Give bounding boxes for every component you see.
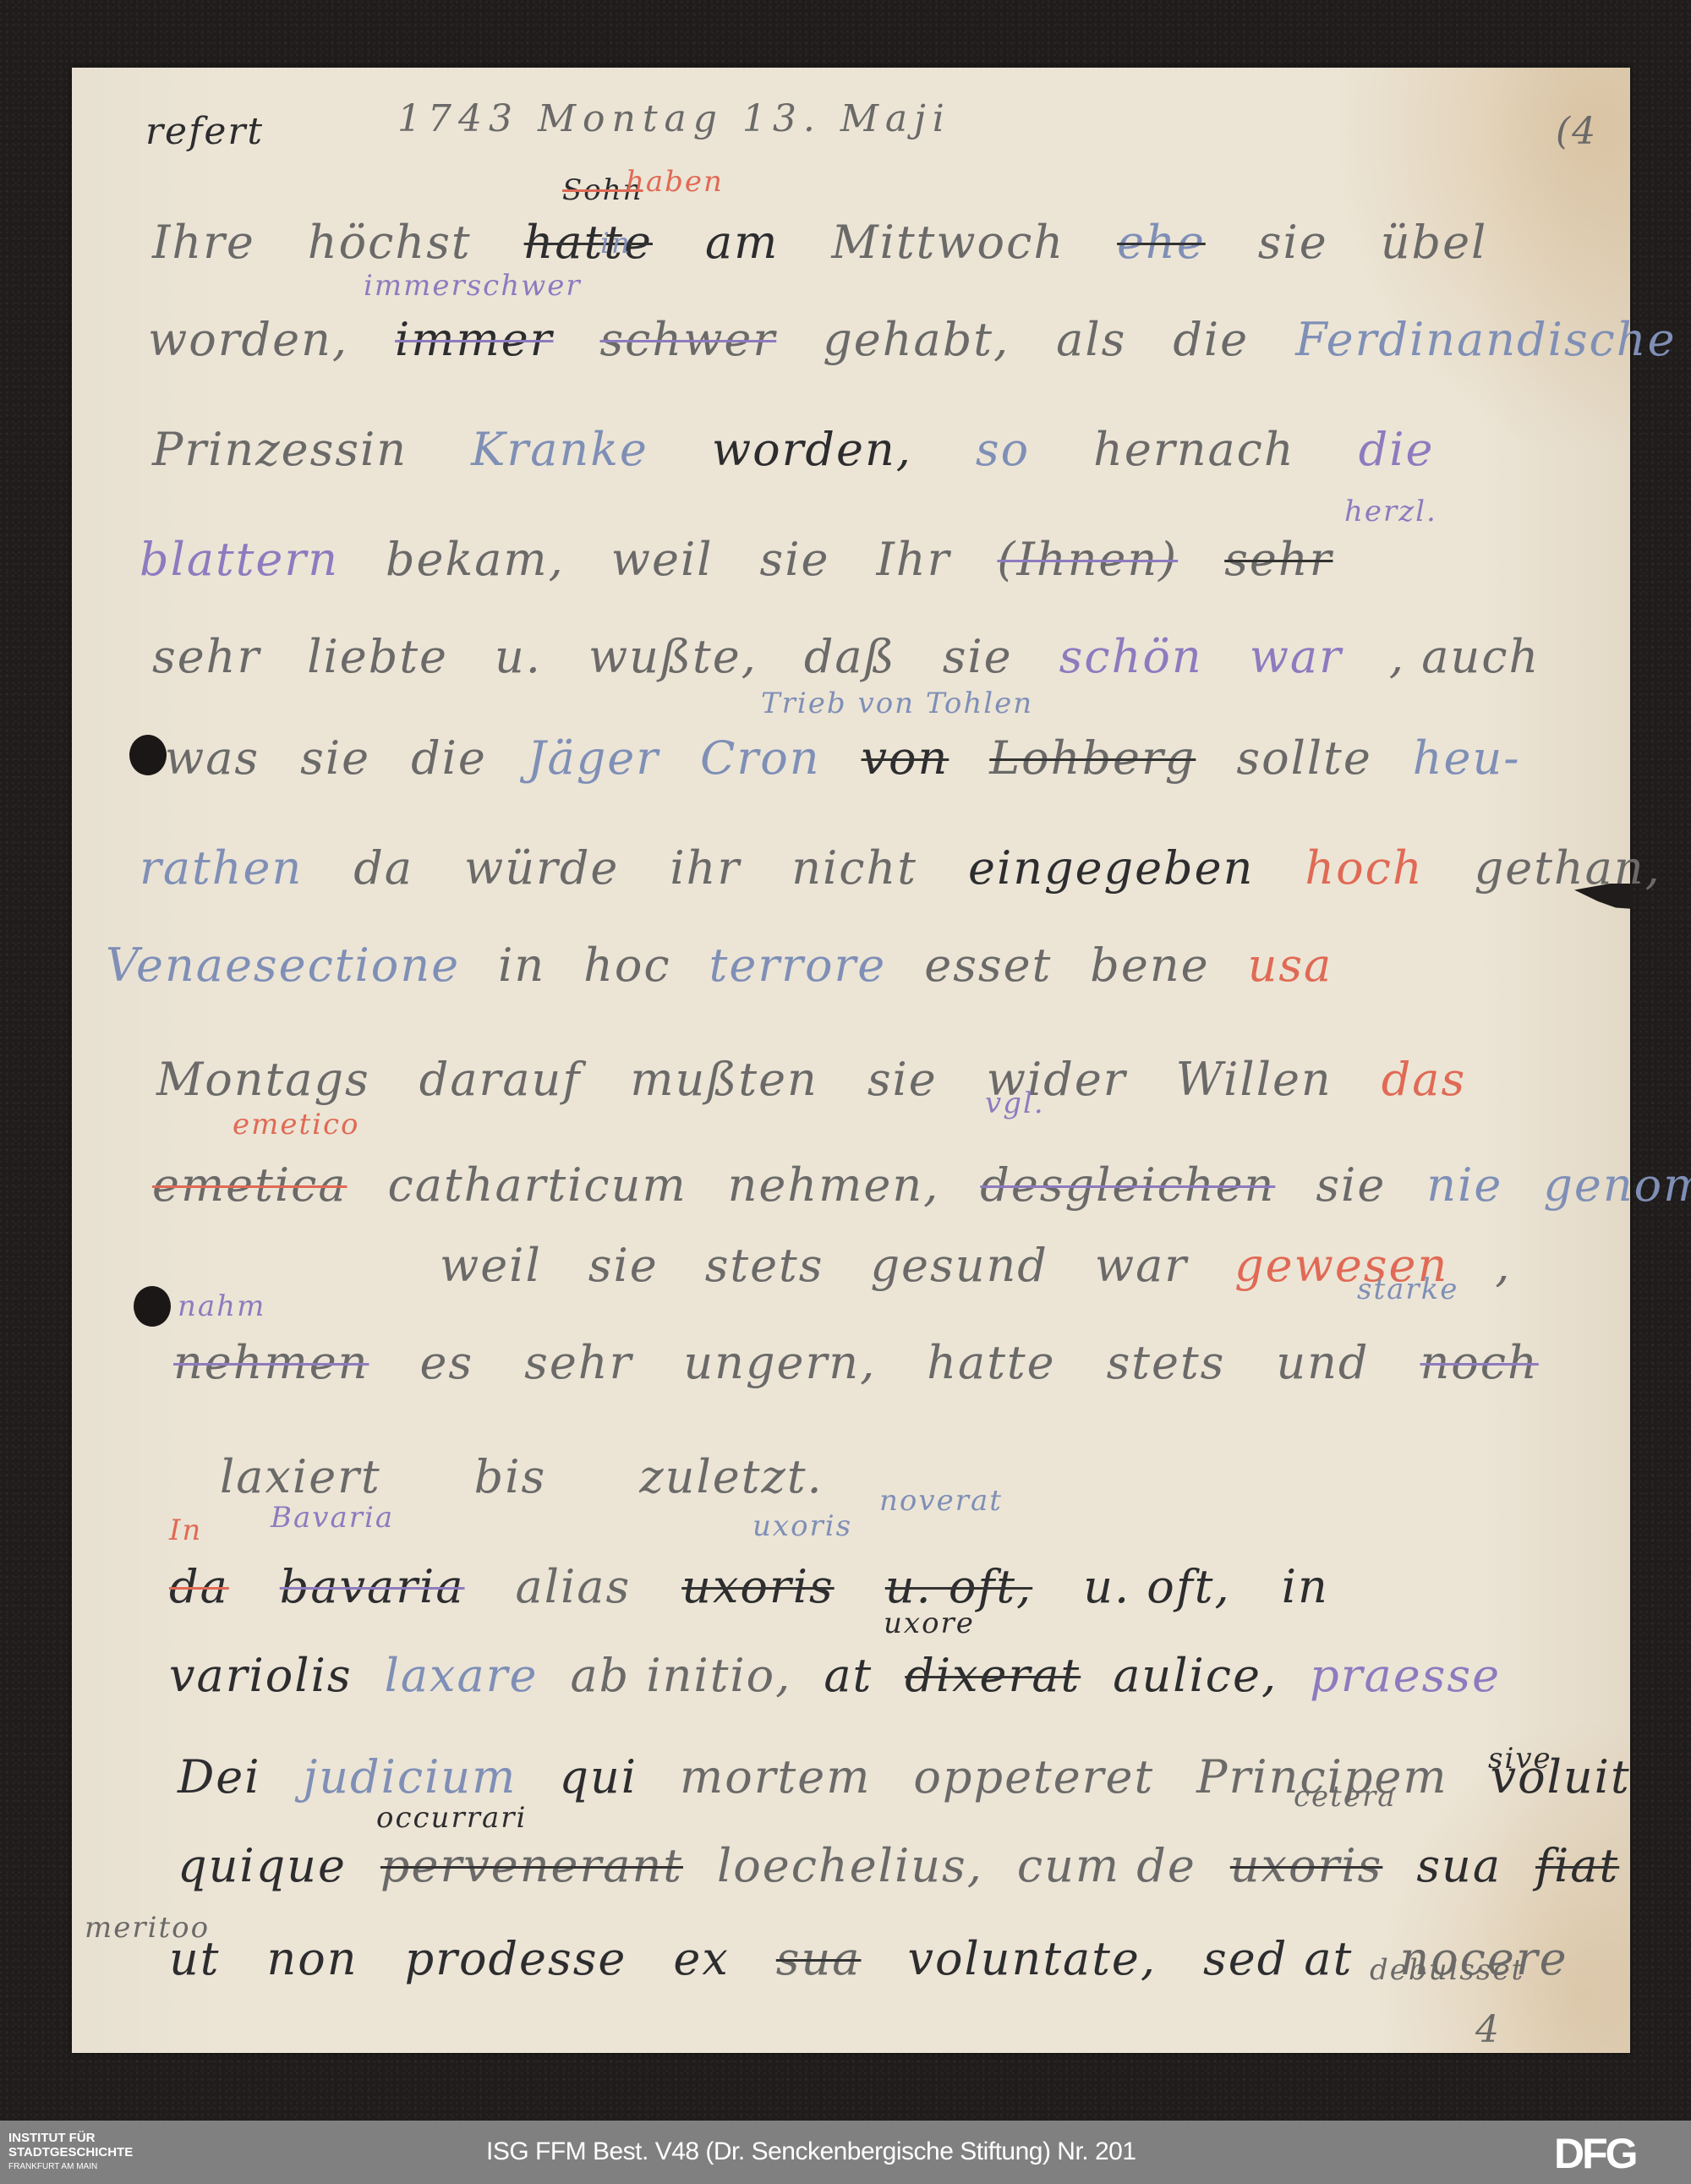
institute-line-3: FRANKFURT AM MAIN [8,2159,133,2174]
handwritten-word: pervenerant [380,1839,683,1892]
handwritten-word: emetica [152,1158,348,1212]
handwritten-word: sie [943,630,1013,683]
handwritten-word: nehmen [173,1336,369,1389]
handwritten-word: (Ihnen) [997,533,1178,586]
handwritten-word: sie [760,533,830,586]
margin-note-right: debuisset [1370,1953,1524,1987]
handwritten-word: at [824,1649,873,1702]
handwritten-word: praesse [1310,1649,1501,1702]
handwritten-word: das [1382,1053,1466,1106]
handwritten-word: oppeteret [913,1750,1154,1804]
handwritten-word: alias [516,1560,632,1613]
handwritten-word: Willen [1176,1053,1333,1106]
handwritten-word: hatte [524,216,653,269]
handwritten-word: desgleichen [980,1158,1275,1212]
handwritten-word: cum de [1017,1839,1196,1892]
handwritten-word: sua [1416,1839,1502,1892]
handwritten-word: , [1495,1239,1511,1292]
handwritten-word: sehr [152,630,260,683]
margin-note-left: meritoo [85,1911,210,1945]
handwritten-word: als [1056,313,1126,366]
handwritten-word: stets [705,1239,824,1292]
handwritten-word: übel [1381,216,1488,269]
interlinear-correction: occurrari [376,1801,527,1835]
handwritten-word: loechelius, [717,1839,983,1892]
handwritten-word: immer [395,313,553,366]
interlinear-correction: emetico [233,1108,360,1141]
handwritten-word: sie [300,731,370,785]
interlinear-correction: sive [1488,1742,1552,1776]
interlinear-correction: Trieb von Tohlen [761,687,1033,720]
handwritten-word: mußten [630,1053,818,1106]
handwritten-word: heu- [1413,731,1521,785]
handwritten-word: stets [1107,1336,1226,1389]
dfg-logo: DFG [1554,2131,1636,2176]
handwritten-word: Montags [156,1053,370,1106]
handwritten-word: Ihr [876,533,950,586]
handwritten-word: ungern, [683,1336,876,1389]
handwritten-word: daß [804,630,896,683]
handwritten-word: genommen [1543,1158,1691,1212]
handwritten-word: und [1276,1336,1369,1389]
handwritten-word: variolis [169,1649,353,1702]
handwritten-word: sie [867,1053,938,1106]
handwritten-word: sie [1316,1158,1386,1212]
handwritten-word: blattern [140,533,339,586]
institute-line-1: INSTITUT FÜR [8,2131,133,2145]
binder-hole [134,1286,171,1327]
handwritten-word: würde [464,841,619,895]
handwritten-word: gehabt, [823,313,1010,366]
handwritten-word: war [1250,630,1343,683]
interlinear-correction: cetera [1294,1780,1396,1814]
handwritten-word: uxoris [681,1560,835,1613]
handwritten-word: , auch [1389,630,1540,683]
handwritten-word: hoc [583,939,671,992]
handwritten-word: usa [1248,939,1333,992]
handwritten-word: eingegeben [968,841,1254,895]
handwritten-word: Prinzessin [152,423,408,476]
handwritten-word: sehr [1224,533,1333,586]
interlinear-correction: haben [626,165,724,199]
handwritten-word: bene [1090,939,1209,992]
handwritten-word: dixerat [905,1649,1081,1702]
handwritten-word: terrore [709,939,887,992]
handwritten-word: Kranke [471,423,648,476]
handwritten-word: hoch [1305,841,1423,895]
handwritten-word: Mittwoch [831,216,1064,269]
handwritten-word: Ihre [152,216,255,269]
handwritten-word: uxoris [1230,1839,1383,1892]
handwritten-word: am [705,216,779,269]
handwritten-word: die [1173,313,1249,366]
handwritten-word: was [165,731,260,785]
handwritten-word: zuletzt. [639,1450,823,1503]
handwritten-word: mortem [680,1750,871,1804]
handwritten-word: Cron [700,731,820,785]
institute-line-2: STADTGESCHICHTE [8,2145,133,2159]
handwritten-word: u. oft, [885,1560,1032,1613]
handwritten-word: laxiert [220,1450,381,1503]
page-number: 4 [1475,2008,1501,2051]
interlinear-correction: uxore [884,1607,975,1640]
handwritten-word: sed at [1203,1932,1353,1985]
handwritten-word: darauf [419,1053,582,1106]
handwritten-word: catharticum [388,1158,687,1212]
handwritten-word: schön [1059,630,1203,683]
handwritten-word: sua [776,1932,862,1985]
handwritten-word: von [862,731,949,785]
handwritten-word: die [411,731,487,785]
handwritten-word: ex [673,1932,729,1985]
handwritten-word: esset [924,939,1052,992]
handwritten-word: sehr [524,1336,632,1389]
handwritten-word: nicht [791,841,917,895]
handwritten-word: in [1282,1560,1329,1613]
interlinear-correction: immerschwer [364,269,582,303]
interlinear-correction: vgl. [985,1087,1045,1120]
handwritten-word: Jäger [528,731,659,785]
interlinear-correction: In [169,1513,202,1547]
handwritten-word: hatte [927,1336,1055,1389]
handwritten-word: höchst [308,216,472,269]
handwritten-word: aulice, [1113,1649,1278,1702]
header-date: 1743 Montag 13. Maji [397,97,951,140]
header-refert: refert [145,110,264,153]
archive-caption: ISG FFM Best. V48 (Dr. Senckenbergische … [486,2137,1136,2166]
handwritten-word: hernach [1093,423,1295,476]
handwritten-word: prodesse [405,1932,627,1985]
handwritten-word: Lohberg [989,731,1196,785]
handwritten-word: nie [1426,1158,1502,1212]
handwritten-word: die [1359,423,1435,476]
handwritten-word: ihr [670,841,741,895]
handwritten-word: wußte, [588,630,758,683]
handwritten-word: u. oft, [1083,1560,1230,1613]
archive-footer: INSTITUT FÜR STADTGESCHICHTE FRANKFURT A… [0,2121,1691,2184]
interlinear-correction: in [600,227,632,260]
handwritten-word: ehe [1117,216,1206,269]
handwritten-word: gesund [870,1239,1048,1292]
handwritten-word: noch [1420,1336,1539,1389]
handwritten-word: liebte [307,630,448,683]
handwritten-word: non [266,1932,358,1985]
handwritten-word: Venaesectione [106,939,460,992]
handwritten-word: da [169,1560,229,1613]
handwritten-word: bavaria [280,1560,465,1613]
interlinear-correction: uxoris [752,1509,852,1543]
interlinear-correction: nahm [178,1289,265,1323]
handwritten-word: ab initio, [570,1649,791,1702]
handwritten-word: sie [1258,216,1328,269]
handwritten-word: so [976,423,1030,476]
interlinear-correction: starke [1357,1273,1458,1306]
handwritten-word: weil [611,533,714,586]
handwritten-word: nehmen, [728,1158,940,1212]
page-marker: (4 [1556,110,1597,153]
handwritten-word: laxare [385,1649,539,1702]
handwritten-word: sie [588,1239,659,1292]
handwritten-word: bis [474,1450,547,1503]
handwritten-word: worden, [712,423,912,476]
handwritten-word: da [353,841,413,895]
handwritten-word: sollte [1236,731,1371,785]
handwritten-word: qui [559,1750,638,1804]
handwritten-word: fiat [1535,1839,1619,1892]
handwritten-word: u. [495,630,542,683]
interlinear-correction: herzl. [1344,495,1437,528]
handwritten-word: weil [440,1239,542,1292]
handwritten-word: Ferdinandische [1295,313,1676,366]
handwritten-word: es [419,1336,473,1389]
handwritten-word: Dei [178,1750,261,1804]
handwritten-word: gethan, [1475,841,1661,895]
interlinear-correction: noverat [879,1484,1003,1518]
handwritten-word: war [1095,1239,1188,1292]
handwritten-word: schwer [599,313,776,366]
handwritten-word: worden, [148,313,348,366]
handwritten-word: bekam, [386,533,565,586]
handwritten-word: in [498,939,545,992]
institute-logo: INSTITUT FÜR STADTGESCHICHTE FRANKFURT A… [8,2131,133,2174]
binder-hole [129,735,167,775]
handwritten-word: quique [178,1839,347,1892]
handwritten-word: judicium [304,1750,517,1804]
handwritten-word: rathen [140,841,303,895]
handwritten-word: voluntate, [907,1932,1157,1985]
interlinear-correction: Bavaria [271,1501,394,1535]
